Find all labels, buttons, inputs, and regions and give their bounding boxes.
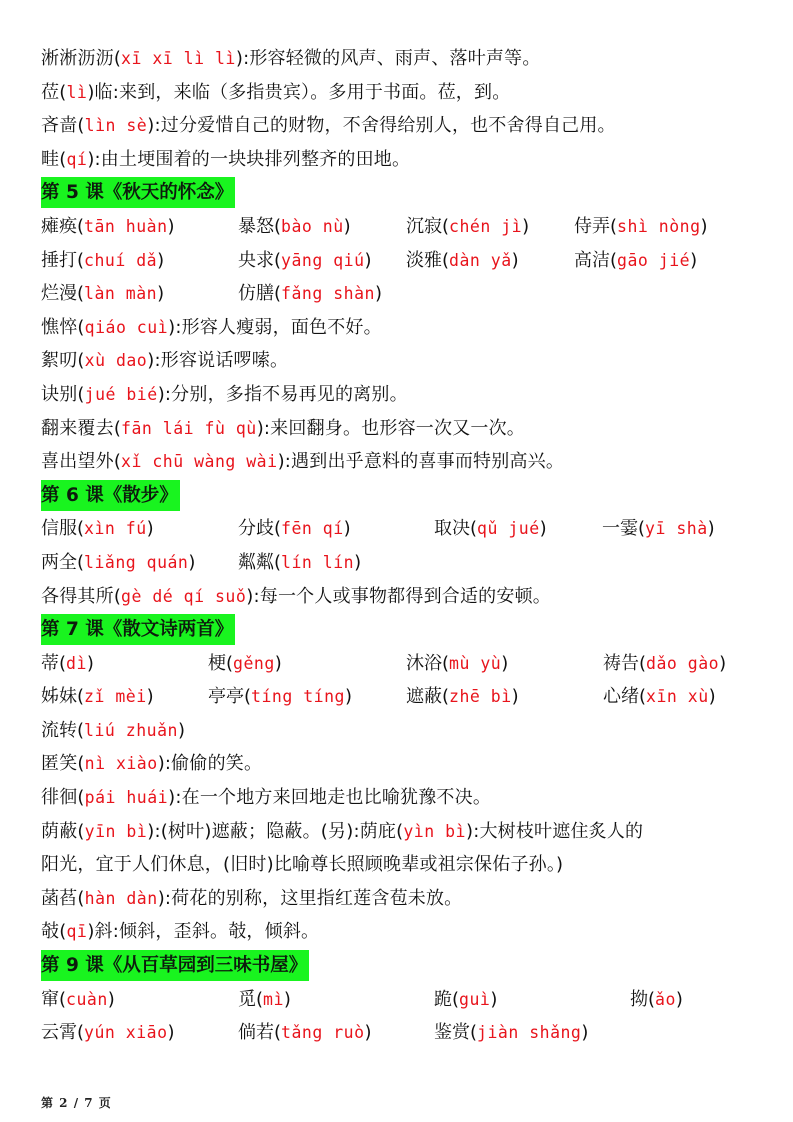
definition: :倾斜，歪斜。攲，倾斜。 [113,921,319,942]
pinyin: fēn qí [281,519,344,538]
vocab-word-suffix: 斜 [95,921,113,942]
vocab-cell: 仿膳(fǎng shàn) [238,277,382,311]
definition-continuation: 阳光，宜于人们休息，(旧时)比喻尊长照顾晚辈或祖宗保佑子孙。) [41,848,771,882]
pinyin: qiáo cuì [85,318,168,337]
vocab-word: 取决 [434,518,470,539]
lesson-5-heading-row: 第 5 课《秋天的怀念》 [41,176,771,210]
pinyin: lì [66,83,87,102]
pinyin: ǎo [655,990,676,1009]
pinyin: fān lái fù qù [121,419,257,438]
pinyin: mì [263,990,284,1009]
pinyin: xīn xù [646,687,709,706]
vocab-cell: 跪(guì) [434,983,630,1017]
pinyin: lín lín [281,553,354,572]
lesson-6-heading-row: 第 6 课《散步》 [41,479,771,513]
vocab-word: 觅 [238,989,256,1010]
vocab-entry: 畦(qí):由土埂围着的一块块排列整齐的田地。 [41,143,771,177]
lesson-7-heading-row: 第 7 课《散文诗两首》 [41,613,771,647]
vocab-word: 吝啬 [41,115,77,136]
vocab-word: 分歧 [238,518,274,539]
pinyin: tǎng ruò [281,1023,364,1042]
pinyin: yāng qiú [281,251,364,270]
vocab-grid-row: 信服(xìn fú) 分歧(fēn qí) 取决(qǔ jué) 一霎(yī s… [41,512,771,546]
pinyin: làn màn [84,284,157,303]
pinyin: shì nòng [617,217,700,236]
pinyin: lìn sè [85,116,148,135]
vocab-word: 高洁 [574,250,610,271]
definition: :过分爱惜自己的财物，不舍得给别人，也不舍得自己用。 [154,115,615,136]
vocab-grid-row: 窜(cuàn) 觅(mì) 跪(guì) 拗(ǎo) [41,983,771,1017]
vocab-word: 窜 [41,989,59,1010]
vocab-cell: 粼粼(lín lín) [238,546,361,580]
pinyin: chuí dǎ [84,251,157,270]
vocab-word: 荫蔽 [41,821,77,842]
vocab-entry: 吝啬(lìn sè):过分爱惜自己的财物，不舍得给别人，也不舍得自己用。 [41,109,771,143]
definition: :每一个人或事物都得到合适的安顿。 [254,586,551,607]
vocab-cell: 高洁(gāo jié) [574,244,697,278]
definition: :由土埂围着的一块块排列整齐的田地。 [95,149,411,170]
vocab-entry: 匿笑(nì xiào):偷偷的笑。 [41,747,771,781]
pinyin: hàn dàn [85,889,158,908]
vocab-grid-row: 烂漫(làn màn) 仿膳(fǎng shàn) [41,277,771,311]
vocab-entry: 徘徊(pái huái):在一个地方来回地走也比喻犹豫不决。 [41,781,771,815]
vocab-word: 跪 [434,989,452,1010]
vocab-word: 云霄 [41,1022,77,1043]
vocab-cell: 亭亭(tíng tíng) [208,680,406,714]
vocab-cell: 心绪(xīn xù) [603,680,716,714]
pinyin: qǔ jué [477,519,540,538]
vocab-word: 祷告 [603,653,639,674]
vocab-word: 蒂 [41,653,59,674]
vocab-cell: 烂漫(làn màn) [41,277,238,311]
vocab-word: 亭亭 [208,686,244,707]
pinyin: zǐ mèi [84,687,147,706]
vocab-cell: 暴怒(bào nù) [238,210,406,244]
pinyin: yìn bì [403,822,466,841]
definition: :分别，多指不易再见的离别。 [165,384,408,405]
vocab-cell: 遮蔽(zhē bì) [406,680,603,714]
definition: :形容轻微的风声、雨声、落叶声等。 [243,48,540,69]
vocab-word: 流转 [41,720,77,741]
vocab-word: 央求 [238,250,274,271]
vocab-grid-row: 瘫痪(tān huàn) 暴怒(bào nù) 沉寂(chén jì) 侍弄(s… [41,210,771,244]
vocab-cell: 淡雅(dàn yǎ) [406,244,574,278]
pinyin: gè dé qí suǒ [121,587,246,606]
vocab-word: 信服 [41,518,77,539]
vocab-cell: 一霎(yī shà) [602,512,715,546]
vocab-word: 一霎 [602,518,638,539]
pinyin: jué bié [85,385,158,404]
page-number: 第 2 / 7 页 [41,1094,112,1111]
vocab-word: 莅 [41,82,59,103]
pinyin: chén jì [449,217,522,236]
vocab-cell: 鉴赏(jiàn shǎng) [434,1016,588,1050]
vocab-word: 攲 [41,921,59,942]
vocab-word: 喜出望外 [41,451,114,472]
vocab-cell: 姊妹(zǐ mèi) [41,680,208,714]
vocab-cell: 捶打(chuí dǎ) [41,244,238,278]
vocab-word: 侍弄 [574,216,610,237]
vocab-word: 姊妹 [41,686,77,707]
vocab-word: 暴怒 [238,216,274,237]
vocab-word: 诀别 [41,384,77,405]
vocab-word: 各得其所 [41,586,114,607]
pinyin: xǐ chū wàng wài [121,452,278,471]
definition: :偷偷的笑。 [165,753,262,774]
definition: :在一个地方来回地走也比喻犹豫不决。 [175,787,491,808]
vocab-word: 遮蔽 [406,686,442,707]
vocab-cell: 沉寂(chén jì) [406,210,574,244]
pinyin: mù yù [449,654,501,673]
definition: :来回翻身。也形容一次又一次。 [264,418,525,439]
vocab-entry: 各得其所(gè dé qí suǒ):每一个人或事物都得到合适的安顿。 [41,580,771,614]
vocab-cell: 侍弄(shì nòng) [574,210,708,244]
vocab-word: 瘫痪 [41,216,77,237]
vocab-word: 烂漫 [41,283,77,304]
pinyin: gāo jié [617,251,690,270]
vocab-cell: 流转(liú zhuǎn) [41,714,185,748]
pinyin: dì [66,654,87,673]
vocab-grid-row: 云霄(yún xiāo) 倘若(tǎng ruò) 鉴赏(jiàn shǎng) [41,1016,771,1050]
vocab-word: 捶打 [41,250,77,271]
lesson-heading: 第 6 课《散步》 [41,480,180,511]
pinyin: qī [66,922,87,941]
vocab-word: 淅淅沥沥 [41,48,114,69]
pinyin: tān huàn [84,217,167,236]
pinyin: liú zhuǎn [84,721,178,740]
vocab-word: 匿笑 [41,753,77,774]
pinyin: bào nù [281,217,344,236]
vocab-entry: 淅淅沥沥(xī xī lì lì):形容轻微的风声、雨声、落叶声等。 [41,42,771,76]
lesson-9-heading-row: 第 9 课《从百草园到三味书屋》 [41,949,771,983]
document-page: 淅淅沥沥(xī xī lì lì):形容轻微的风声、雨声、落叶声等。 莅(lì)… [41,42,771,1050]
pinyin: fǎng shàn [281,284,375,303]
vocab-cell: 窜(cuàn) [41,983,238,1017]
lesson-heading: 第 5 课《秋天的怀念》 [41,177,235,208]
vocab-word: 淡雅 [406,250,442,271]
vocab-grid-row: 姊妹(zǐ mèi) 亭亭(tíng tíng) 遮蔽(zhē bì) 心绪(x… [41,680,771,714]
vocab-entry: 诀别(jué bié):分别，多指不易再见的离别。 [41,378,771,412]
pinyin: zhē bì [449,687,512,706]
vocab-grid-row: 蒂(dì) 梗(gěng) 沐浴(mù yù) 祷告(dǎo gào) [41,647,771,681]
definition: :遇到出乎意料的喜事而特别高兴。 [285,451,564,472]
vocab-word: 翻来覆去 [41,418,114,439]
vocab-word: 絮叨 [41,350,77,371]
vocab-cell: 取决(qǔ jué) [434,512,602,546]
vocab-grid-row: 两全(liǎng quán) 粼粼(lín lín) [41,546,771,580]
pinyin: guì [459,990,490,1009]
vocab-cell: 央求(yāng qiú) [238,244,406,278]
pinyin: pái huái [85,788,168,807]
definition: :(树叶)遮蔽；隐蔽。(另):荫庇 [154,821,396,842]
vocab-cell: 梗(gěng) [208,647,406,681]
pinyin: yīn bì [85,822,148,841]
pinyin: yī shà [645,519,708,538]
definition: 阳光，宜于人们休息，(旧时)比喻尊长照顾晚辈或祖宗保佑子孙。) [41,854,563,875]
vocab-word: 沐浴 [406,653,442,674]
definition: :来到，来临（多指贵宾）。多用于书面。莅，到。 [113,82,511,103]
pinyin: nì xiào [85,754,158,773]
pinyin: jiàn shǎng [477,1023,581,1042]
vocab-entry: 絮叨(xù dao):形容说话啰嗦。 [41,344,771,378]
vocab-word-suffix: 临 [95,82,113,103]
vocab-entry: 攲(qī)斜:倾斜，歪斜。攲，倾斜。 [41,915,771,949]
vocab-word: 倘若 [238,1022,274,1043]
vocab-cell: 觅(mì) [238,983,434,1017]
pinyin: tíng tíng [251,687,345,706]
vocab-entry: 荫蔽(yīn bì):(树叶)遮蔽；隐蔽。(另):荫庇(yìn bì):大树枝叶… [41,815,771,849]
pinyin: xī xī lì lì [121,49,236,68]
pinyin: xù dao [85,351,148,370]
vocab-entry: 翻来覆去(fān lái fù qù):来回翻身。也形容一次又一次。 [41,412,771,446]
vocab-grid-row: 捶打(chuí dǎ) 央求(yāng qiú) 淡雅(dàn yǎ) 高洁(g… [41,244,771,278]
vocab-grid-row: 流转(liú zhuǎn) [41,714,771,748]
vocab-word: 仿膳 [238,283,274,304]
vocab-word: 拗 [630,989,648,1010]
vocab-word: 粼粼 [238,552,274,573]
vocab-word: 心绪 [603,686,639,707]
vocab-word: 两全 [41,552,77,573]
vocab-word: 菡萏 [41,888,77,909]
vocab-cell: 分歧(fēn qí) [238,512,434,546]
vocab-cell: 拗(ǎo) [630,983,683,1017]
pinyin: gěng [233,654,275,673]
definition: :形容说话啰嗦。 [154,350,288,371]
vocab-cell: 两全(liǎng quán) [41,546,238,580]
vocab-entry: 喜出望外(xǐ chū wàng wài):遇到出乎意料的喜事而特别高兴。 [41,445,771,479]
vocab-cell: 信服(xìn fú) [41,512,238,546]
pinyin: qí [66,150,87,169]
vocab-entry: 菡萏(hàn dàn):荷花的别称，这里指红莲含苞未放。 [41,882,771,916]
pinyin: xìn fú [84,519,147,538]
pinyin: cuàn [66,990,108,1009]
vocab-word: 沉寂 [406,216,442,237]
lesson-heading: 第 7 课《散文诗两首》 [41,614,235,645]
vocab-cell: 蒂(dì) [41,647,208,681]
vocab-word: 畦 [41,149,59,170]
vocab-cell: 云霄(yún xiāo) [41,1016,238,1050]
vocab-word: 梗 [208,653,226,674]
vocab-entry: 憔悴(qiáo cuì):形容人瘦弱，面色不好。 [41,311,771,345]
pinyin: yún xiāo [84,1023,167,1042]
lesson-heading: 第 9 课《从百草园到三味书屋》 [41,950,309,981]
vocab-cell: 倘若(tǎng ruò) [238,1016,434,1050]
vocab-cell: 瘫痪(tān huàn) [41,210,238,244]
vocab-cell: 祷告(dǎo gào) [603,647,726,681]
vocab-cell: 沐浴(mù yù) [406,647,603,681]
definition: :形容人瘦弱，面色不好。 [175,317,381,338]
pinyin: dàn yǎ [449,251,512,270]
pinyin: dǎo gào [646,654,719,673]
vocab-word: 憔悴 [41,317,77,338]
definition: :大树枝叶遮住炙人的 [473,821,643,842]
definition: :荷花的别称，这里指红莲含苞未放。 [165,888,462,909]
vocab-word: 徘徊 [41,787,77,808]
pinyin: liǎng quán [84,553,188,572]
vocab-entry: 莅(lì)临:来到，来临（多指贵宾）。多用于书面。莅，到。 [41,76,771,110]
vocab-word: 鉴赏 [434,1022,470,1043]
